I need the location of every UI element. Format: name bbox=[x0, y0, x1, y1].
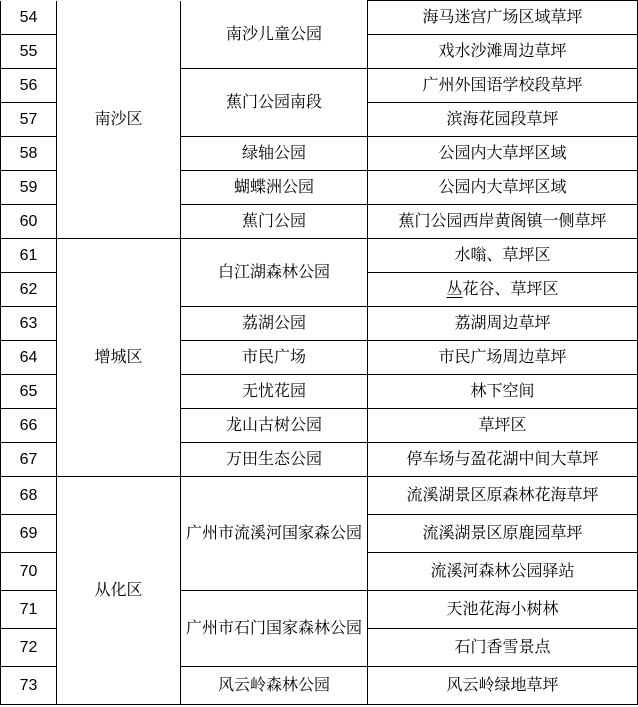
row-number-cell: 70 bbox=[1, 553, 57, 591]
area-cell: 风云岭绿地草坪 bbox=[368, 667, 638, 705]
area-cell: 停车场与盈花湖中间大草坪 bbox=[368, 443, 638, 477]
district-cell: 增城区 bbox=[57, 239, 181, 477]
area-cell: 戏水沙滩周边草坪 bbox=[368, 35, 638, 69]
row-number-cell: 64 bbox=[1, 341, 57, 375]
park-name-cell: 白江湖森林公园 bbox=[181, 239, 368, 307]
area-cell: 广州外国语学校段草坪 bbox=[368, 69, 638, 103]
area-cell: 草坪区 bbox=[368, 409, 638, 443]
park-name-cell: 南沙儿童公园 bbox=[181, 1, 368, 69]
row-number-cell: 55 bbox=[1, 35, 57, 69]
park-name-cell: 荔湖公园 bbox=[181, 307, 368, 341]
row-number-cell: 63 bbox=[1, 307, 57, 341]
row-number-cell: 72 bbox=[1, 629, 57, 667]
row-number-cell: 61 bbox=[1, 239, 57, 273]
table-row: 61增城区白江湖森林公园水嗡、草坪区 bbox=[1, 239, 638, 273]
row-number-cell: 65 bbox=[1, 375, 57, 409]
area-cell: 滨海花园段草坪 bbox=[368, 103, 638, 137]
area-cell: 流溪湖景区原鹿园草坪 bbox=[368, 515, 638, 553]
row-number-cell: 58 bbox=[1, 137, 57, 171]
row-number-cell: 56 bbox=[1, 69, 57, 103]
area-cell: 水嗡、草坪区 bbox=[368, 239, 638, 273]
park-name-cell: 蕉门公园南段 bbox=[181, 69, 368, 137]
row-number-cell: 57 bbox=[1, 103, 57, 137]
area-cell: 公园内大草坪区域 bbox=[368, 171, 638, 205]
park-name-cell: 绿轴公园 bbox=[181, 137, 368, 171]
park-name-cell: 龙山古树公园 bbox=[181, 409, 368, 443]
park-name-cell: 万田生态公园 bbox=[181, 443, 368, 477]
area-cell: 市民广场周边草坪 bbox=[368, 341, 638, 375]
park-name-cell: 蝴蝶洲公园 bbox=[181, 171, 368, 205]
row-number-cell: 73 bbox=[1, 667, 57, 705]
park-name-cell: 蕉门公园 bbox=[181, 205, 368, 239]
area-cell: 林下空间 bbox=[368, 375, 638, 409]
row-number-cell: 62 bbox=[1, 273, 57, 307]
row-number-cell: 60 bbox=[1, 205, 57, 239]
area-cell: 天池花海小树林 bbox=[368, 591, 638, 629]
area-cell: 流溪湖景区原森林花海草坪 bbox=[368, 477, 638, 515]
row-number-cell: 67 bbox=[1, 443, 57, 477]
row-number-cell: 71 bbox=[1, 591, 57, 629]
area-cell: 丛花谷、草坪区 bbox=[368, 273, 638, 307]
row-number-cell: 54 bbox=[1, 1, 57, 35]
table-row: 54南沙区南沙儿童公园海马迷宫广场区域草坪 bbox=[1, 1, 638, 35]
row-number-cell: 59 bbox=[1, 171, 57, 205]
park-name-cell: 无忧花园 bbox=[181, 375, 368, 409]
area-cell: 流溪河森林公园驿站 bbox=[368, 553, 638, 591]
area-cell: 荔湖周边草坪 bbox=[368, 307, 638, 341]
row-number-cell: 66 bbox=[1, 409, 57, 443]
district-cell: 从化区 bbox=[57, 477, 181, 705]
row-number-cell: 69 bbox=[1, 515, 57, 553]
park-name-cell: 广州市流溪河国家森公园 bbox=[181, 477, 368, 591]
park-lawn-table: 54南沙区南沙儿童公园海马迷宫广场区域草坪55戏水沙滩周边草坪56蕉门公园南段广… bbox=[0, 0, 638, 705]
area-cell: 石门香雪景点 bbox=[368, 629, 638, 667]
area-cell: 公园内大草坪区域 bbox=[368, 137, 638, 171]
district-cell: 南沙区 bbox=[57, 1, 181, 239]
row-number-cell: 68 bbox=[1, 477, 57, 515]
park-name-cell: 风云岭森林公园 bbox=[181, 667, 368, 705]
park-name-cell: 广州市石门国家森林公园 bbox=[181, 591, 368, 667]
park-table-body: 54南沙区南沙儿童公园海马迷宫广场区域草坪55戏水沙滩周边草坪56蕉门公园南段广… bbox=[1, 1, 638, 705]
table-row: 68从化区广州市流溪河国家森公园流溪湖景区原森林花海草坪 bbox=[1, 477, 638, 515]
park-name-cell: 市民广场 bbox=[181, 341, 368, 375]
area-cell: 海马迷宫广场区域草坪 bbox=[368, 1, 638, 35]
area-cell: 蕉门公园西岸黄阁镇一侧草坪 bbox=[368, 205, 638, 239]
